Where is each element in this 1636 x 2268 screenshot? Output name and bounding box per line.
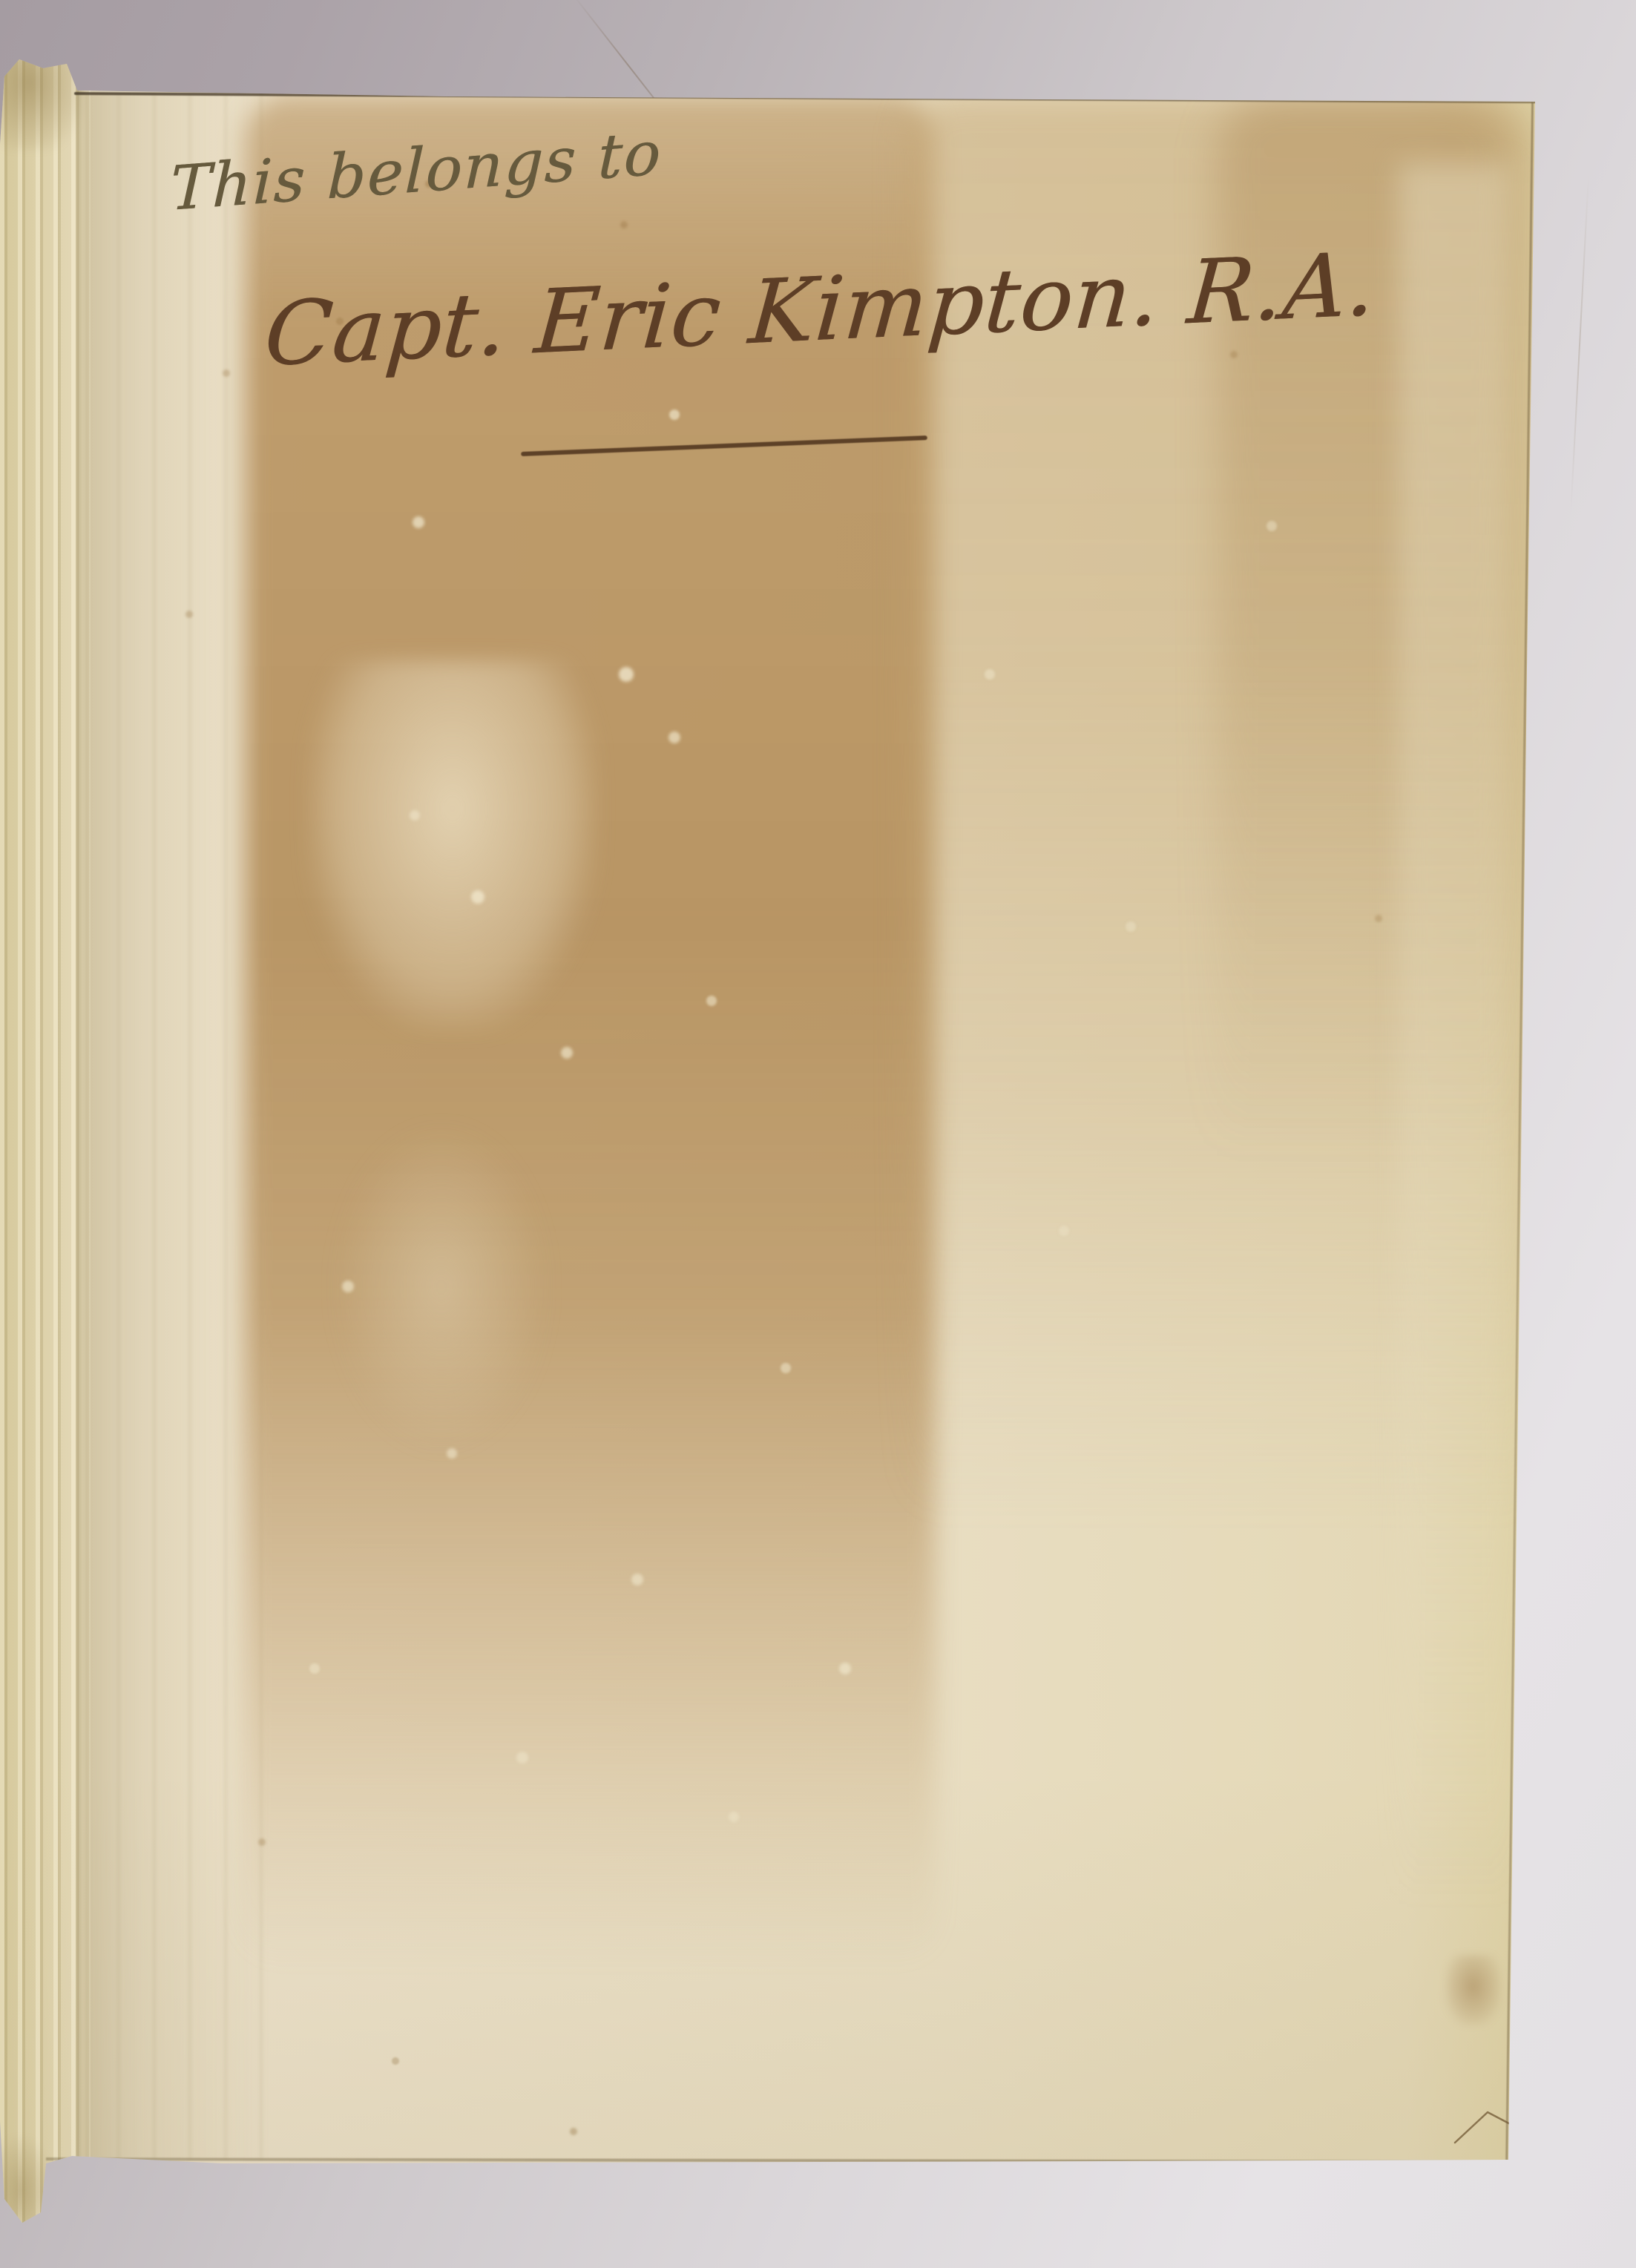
photo-backdrop: This belongs to Capt. Eric Kimpton. R.A. [0, 0, 1636, 2268]
stain-light-blotch [308, 660, 597, 1031]
spine-tab-shading [0, 53, 83, 150]
stain-speckles [0, 0, 6, 6]
stain-light-blotch-lower [338, 1128, 545, 1447]
dog-ear-crease [1451, 2108, 1532, 2168]
spine-foot-shading [0, 2137, 52, 2226]
book: This belongs to Capt. Eric Kimpton. R.A. [0, 0, 1636, 2268]
scratch-mark-right [1570, 174, 1589, 515]
page-bottom-edge-shadow [46, 2157, 1511, 2163]
gutter-shadow [85, 93, 270, 2159]
stain-right-margin-light [1399, 163, 1510, 1907]
stain-spot-bottom-right [1445, 1955, 1501, 2025]
foxing-speckles [0, 0, 4, 4]
